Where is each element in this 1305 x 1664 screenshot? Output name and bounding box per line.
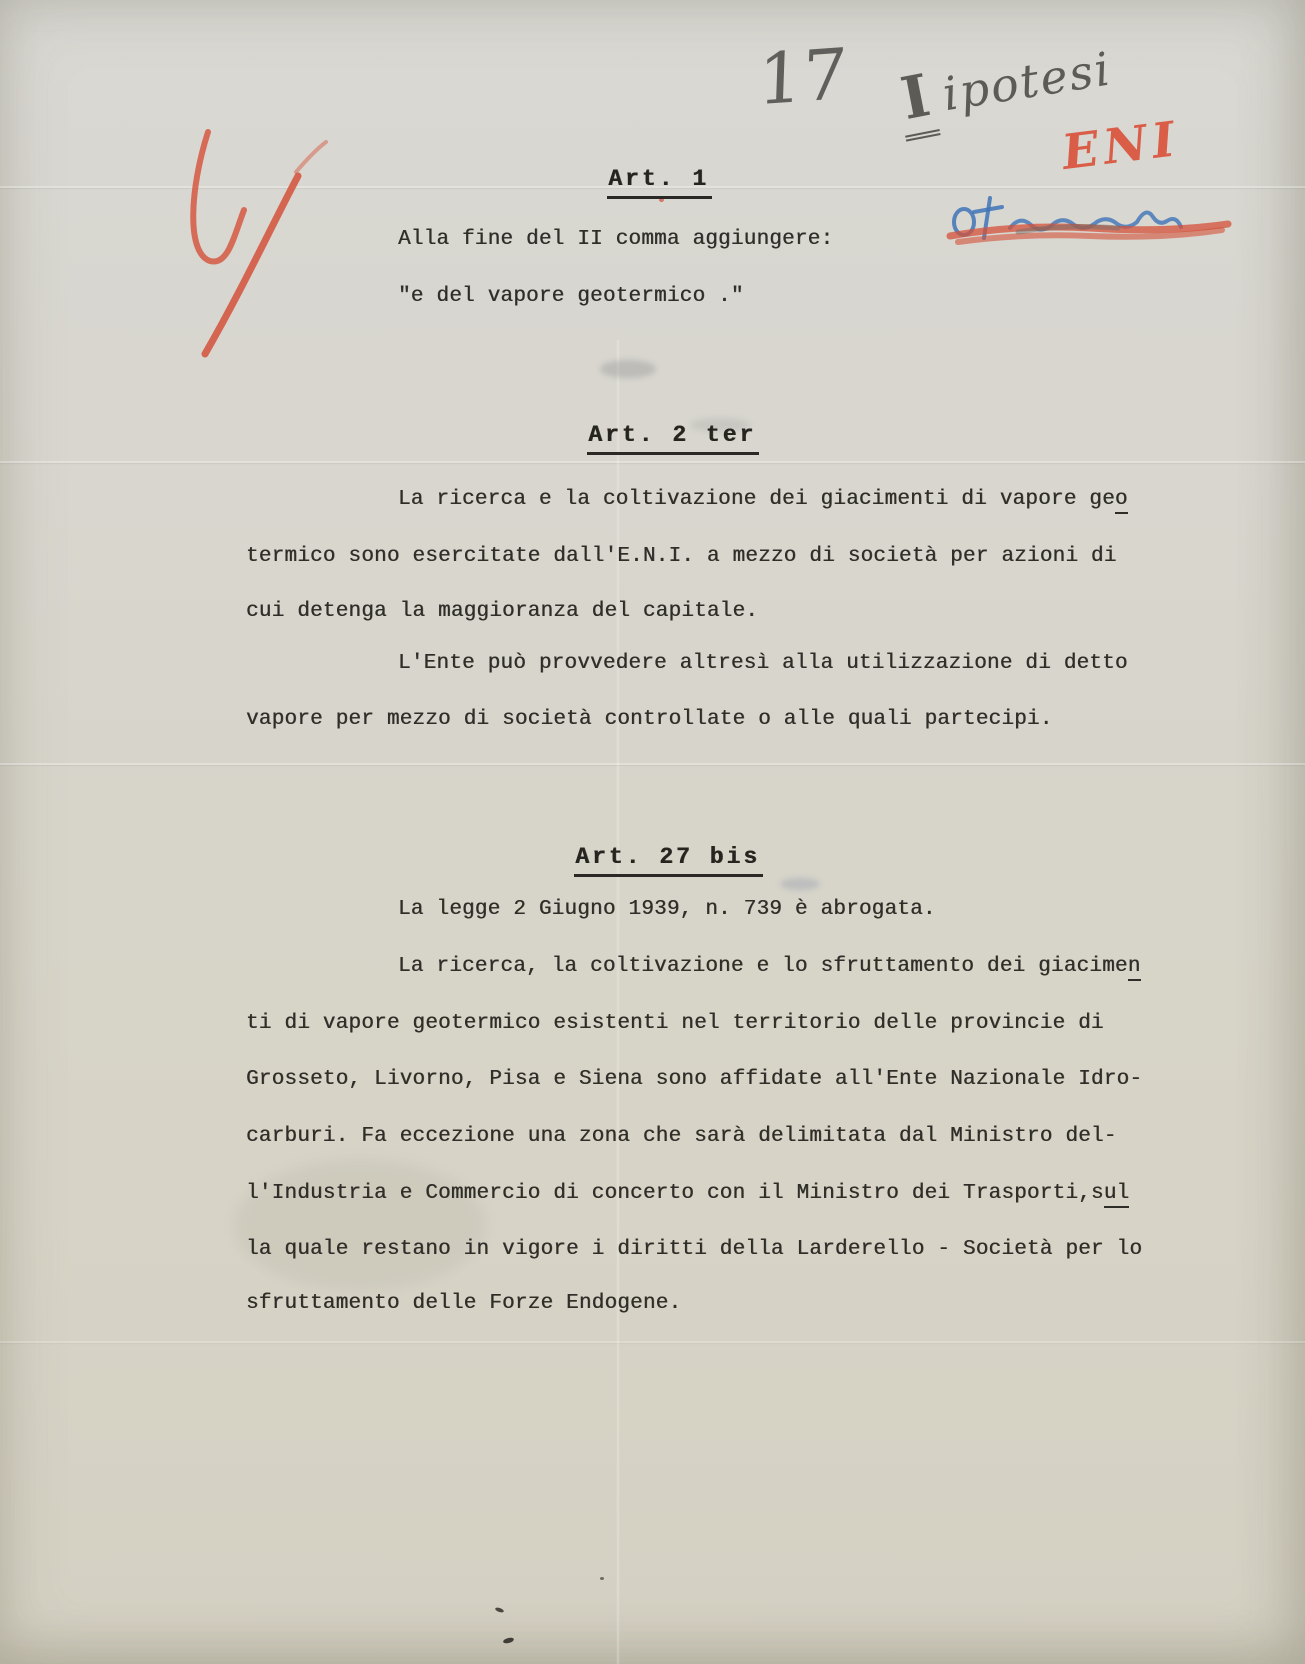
pencil-smudge <box>600 360 656 378</box>
typed-line: Alla fine del II comma aggiungere: <box>398 228 833 251</box>
typed-line: cui detenga la maggioranza del capitale. <box>246 600 758 623</box>
typed-line: carburi. Fa eccezione una zona che sarà … <box>246 1125 1117 1148</box>
horizontal-crease <box>0 1341 1305 1343</box>
hypothesis-word: ipotesi <box>939 41 1115 121</box>
article-2ter-heading: Art. 2 ter <box>520 396 759 481</box>
typed-line: la quale restano in vigore i diritti del… <box>246 1238 1142 1261</box>
typed-line: ti di vapore geotermico esistenti nel te… <box>246 1012 1104 1035</box>
crossed-out-note <box>948 182 1228 252</box>
typed-line: sfruttamento delle Forze Endogene. <box>246 1292 681 1315</box>
ink-speck <box>495 1607 505 1614</box>
typed-line: Grosseto, Livorno, Pisa e Siena sono aff… <box>246 1068 1142 1091</box>
hypothesis-numeral: I <box>892 60 941 141</box>
handwritten-page-number: 17 <box>757 33 849 122</box>
typed-line: L'Ente può provvedere altresì alla utili… <box>398 652 1128 675</box>
typed-line: La legge 2 Giugno 1939, n. 739 è abrogat… <box>398 898 936 921</box>
ink-speck <box>503 1637 515 1645</box>
typed-line: La ricerca e la coltivazione dei giacime… <box>398 488 1128 511</box>
word-break-underline: o <box>1115 488 1128 514</box>
red-check-mark <box>158 118 368 368</box>
typed-line: vapore per mezzo di società controllate … <box>246 708 1053 731</box>
typed-line: "e del vapore geotermico ." <box>398 285 744 308</box>
article-1-heading: Art. 1 <box>540 140 712 225</box>
vertical-fold-crease <box>617 340 619 1664</box>
typed-line: La ricerca, la coltivazione e lo sfrutta… <box>398 955 1141 978</box>
word-break-underline: n <box>1128 955 1141 981</box>
ink-speck <box>600 1577 604 1580</box>
word-break-underline: ul <box>1104 1182 1130 1208</box>
article-27bis-heading: Art. 27 bis <box>507 818 763 903</box>
handwritten-eni-label: ENI <box>1059 111 1183 181</box>
show-through-smudge <box>235 1160 485 1290</box>
horizontal-crease <box>0 763 1305 765</box>
scanned-document-page: 17 Iipotesi ENI Art. 1 Alla fine del II … <box>0 0 1305 1664</box>
typed-line: termico sono esercitate dall'E.N.I. a me… <box>246 545 1117 568</box>
ink-smear <box>780 878 820 890</box>
typed-line: l'Industria e Commercio di concerto con … <box>246 1182 1129 1205</box>
